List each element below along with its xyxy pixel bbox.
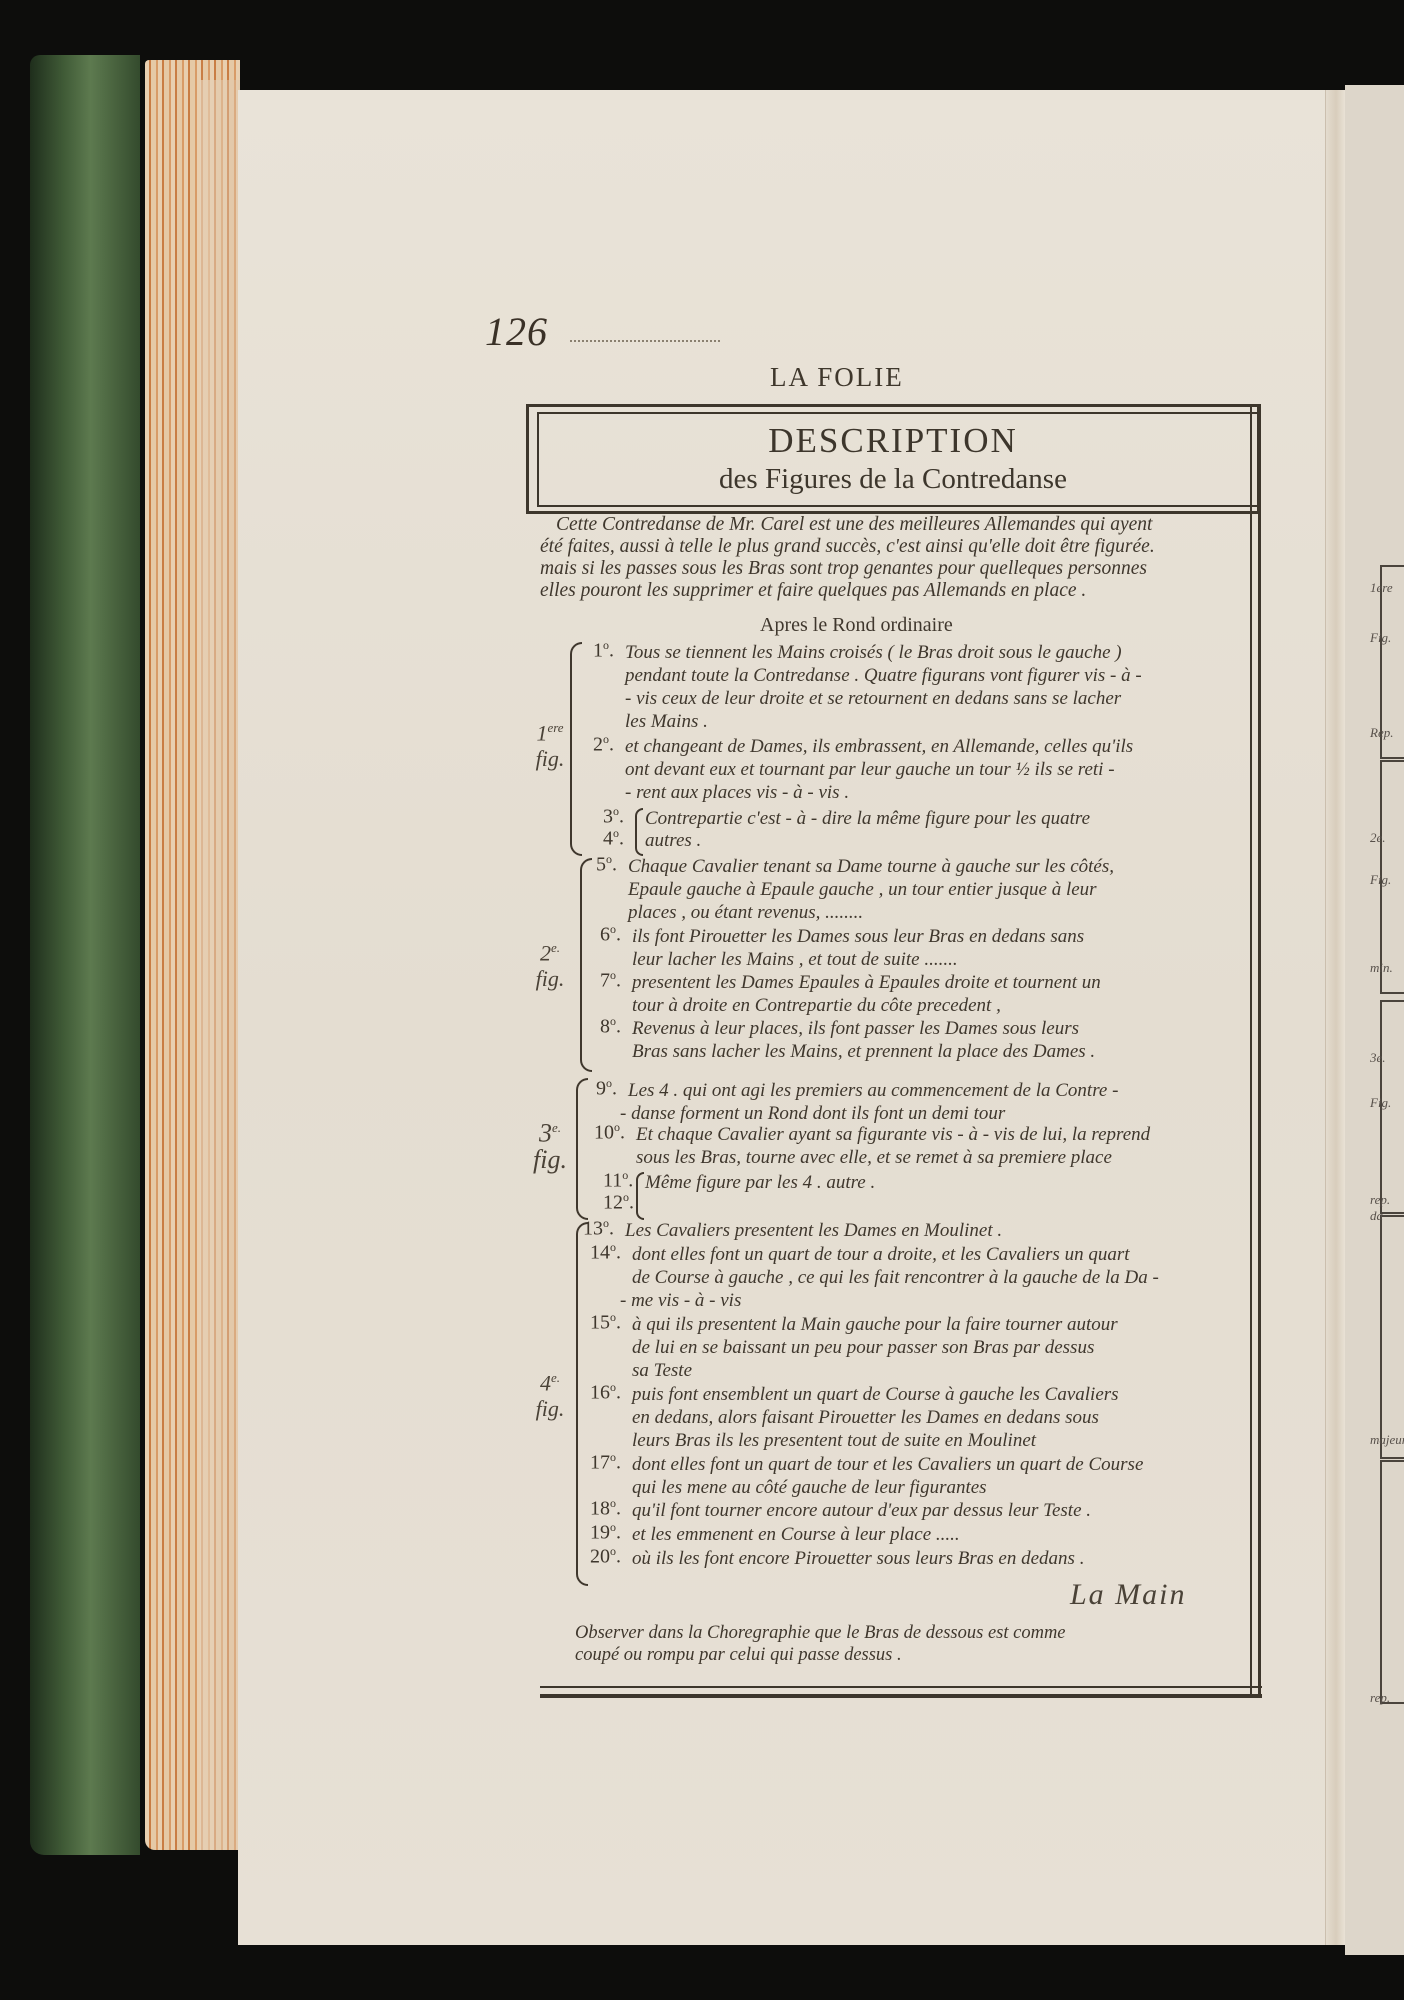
title-frame: DESCRIPTION des Figures de la Contredans… (526, 404, 1260, 514)
page-number: 126 (485, 308, 548, 355)
entry-number: 17o. (590, 1450, 621, 1475)
entry-line: - vis ceux de leur droite et se retourne… (625, 688, 1121, 710)
figure-number: 3 (539, 1119, 552, 1148)
entry-line: dont elles font un quart de tour et les … (632, 1454, 1143, 1476)
entry-number: 8o. (600, 1014, 621, 1039)
entry-line: ils font Pirouetter les Dames sous leur … (632, 926, 1084, 948)
figure-label-2: 2e. fig. (520, 935, 580, 992)
book-gutter (1325, 90, 1346, 1945)
entry-line: Même figure par les 4 . autre . (645, 1172, 875, 1194)
entry-line: sous les Bras, tourne avec elle, et se r… (636, 1147, 1112, 1169)
entry-number: 16o. (590, 1380, 621, 1405)
entry-number: 1o. (593, 638, 614, 663)
entry-number: 19o. (590, 1520, 621, 1545)
entry-line: Epaule gauche à Epaule gauche , un tour … (628, 879, 1097, 901)
entry-line: qui les mene au côté gauche de leur figu… (632, 1477, 987, 1499)
entry-line: presentent les Dames Epaules à Epaules d… (632, 972, 1101, 994)
note-line: Observer dans la Choregraphie que le Bra… (575, 1622, 1255, 1644)
entry-line: en dedans, alors faisant Pirouetter les … (632, 1407, 1099, 1429)
figure-sup: ere (547, 720, 563, 735)
entry-number: 7o. (600, 968, 621, 993)
entry-line: - danse forment un Rond dont ils font un… (620, 1103, 1005, 1125)
entry-line: tour à droite en Contrepartie du côte pr… (632, 995, 1001, 1017)
figure-number: 1 (536, 720, 547, 745)
figure-number: 2 (540, 940, 551, 965)
facing-page-fragment: majeur (1370, 1432, 1404, 1448)
brace-figure-2 (580, 858, 592, 1072)
figure-number: 4 (540, 1370, 551, 1395)
figure-suffix: fig. (536, 746, 565, 771)
running-head: LA FOLIE (770, 362, 1070, 393)
figure-sup: e. (551, 940, 560, 955)
entry-number: 4o. (603, 826, 624, 851)
facing-page-fragment: Fig. (1370, 872, 1391, 888)
entry-number: 15o. (590, 1310, 621, 1335)
entry-number: 12o. (603, 1190, 634, 1215)
entry-number: 14o. (590, 1240, 621, 1265)
entry-number: 10o. (594, 1120, 625, 1145)
intro-line: Cette Contredanse de Mr. Carel est une d… (540, 514, 1245, 536)
page-number-rule (570, 340, 720, 342)
entry-line: dont elles font un quart de tour a droit… (632, 1244, 1130, 1266)
figure-sup: e. (551, 1370, 560, 1385)
brace-items-11-12 (636, 1172, 644, 1220)
frame-bottom-rule (540, 1686, 1262, 1698)
entry-line: pendant toute la Contredanse . Quatre fi… (625, 665, 1142, 687)
figure-suffix: fig. (533, 1145, 567, 1174)
brace-figure-3 (576, 1078, 588, 1220)
entry-line: ont devant eux et tournant par leur gauc… (625, 759, 1115, 781)
book-cover-green (30, 55, 140, 1855)
entry-number: 2o. (593, 732, 614, 757)
entry-line: places , ou étant revenus, ........ (628, 902, 863, 924)
entry-line: les Mains . (625, 711, 708, 733)
entry-line: Et chaque Cavalier ayant sa figurante vi… (636, 1124, 1150, 1146)
entry-line: Chaque Cavalier tenant sa Dame tourne à … (628, 856, 1114, 878)
intro-paragraph: Cette Contredanse de Mr. Carel est une d… (540, 514, 1245, 602)
facing-page-fragment: 3e. (1370, 1050, 1386, 1066)
figure-suffix: fig. (536, 1396, 565, 1421)
entry-line: et les emmenent en Course à leur place .… (632, 1524, 960, 1546)
entry-line: - rent aux places vis - à - vis . (625, 782, 849, 804)
brace-figure-4 (576, 1222, 588, 1586)
entry-line: puis font ensemblent un quart de Course … (632, 1384, 1119, 1406)
apres-heading: Apres le Rond ordinaire (760, 614, 953, 637)
facing-page-fragment: min. (1370, 960, 1393, 976)
facing-page-fragment: 2e. (1370, 830, 1386, 846)
page-subtitle: des Figures de la Contredanse (529, 463, 1257, 496)
entry-line: et changeant de Dames, ils embrassent, e… (625, 736, 1133, 758)
intro-line: elles pouront les supprimer et faire que… (540, 580, 1245, 602)
signature: La Main (1070, 1578, 1187, 1612)
entry-line: leurs Bras ils les presentent tout de su… (632, 1430, 1036, 1452)
entry-number: 5o. (596, 852, 617, 877)
entry-number: 11o. (603, 1168, 633, 1193)
facing-page-fragment: Fig. (1370, 1095, 1391, 1111)
figure-suffix: fig. (536, 966, 565, 991)
entry-number: 3o. (603, 804, 624, 829)
facing-page-fragment: rep. da (1370, 1192, 1404, 1224)
facing-page-fragment: Fig. (1370, 630, 1391, 646)
facing-figure-box-4 (1380, 1215, 1404, 1459)
entry-number: 6o. (600, 922, 621, 947)
entry-number: 18o. (590, 1496, 621, 1521)
entry-line: Les Cavaliers presentent les Dames en Mo… (625, 1220, 1002, 1242)
facing-page-fragment: 1ere (1370, 580, 1393, 596)
frame-right-border (1250, 404, 1261, 1694)
entry-line: qu'il font tourner encore autour d'eux p… (632, 1500, 1091, 1522)
footnote: Observer dans la Choregraphie que le Bra… (575, 1622, 1255, 1666)
entry-number: 13o. (583, 1216, 614, 1241)
page-edges-overlay (200, 80, 240, 1850)
intro-line: été faites, aussi à telle le plus grand … (540, 536, 1245, 558)
entry-line: Revenus à leur places, ils font passer l… (632, 1018, 1079, 1040)
entry-line: Contrepartie c'est - à - dire la même fi… (645, 808, 1090, 830)
entry-line: autres . (645, 830, 701, 852)
entry-line: Tous se tiennent les Mains croisés ( le … (625, 642, 1122, 664)
note-line: coupé ou rompu par celui qui passe dessu… (575, 1644, 1255, 1666)
entry-line: leur lacher les Mains , et tout de suite… (632, 949, 958, 971)
page-title: DESCRIPTION (529, 421, 1257, 461)
entry-line: Les 4 . qui ont agi les premiers au comm… (628, 1080, 1118, 1102)
entry-line: de Course à gauche , ce qui les fait ren… (632, 1267, 1159, 1289)
entry-line: à qui ils presentent la Main gauche pour… (632, 1314, 1118, 1336)
figure-sup: e. (552, 1120, 561, 1135)
figure-label-4: 4e. fig. (520, 1365, 580, 1422)
brace-figure-1 (570, 642, 582, 856)
entry-line: sa Teste (632, 1360, 692, 1382)
entry-number: 9o. (596, 1076, 617, 1101)
facing-page-fragment: Rep. (1370, 725, 1393, 741)
brace-items-3-4 (635, 808, 643, 856)
entry-line: de lui en se baissant un peu pour passer… (632, 1337, 1094, 1359)
figure-label-3: 3e. fig. (520, 1115, 580, 1173)
facing-figure-box-5 (1380, 1460, 1404, 1704)
entry-line: où ils les font encore Pirouetter sous l… (632, 1548, 1084, 1570)
facing-page-fragment: rep. (1370, 1690, 1390, 1706)
entry-line: - me vis - à - vis (620, 1290, 741, 1312)
entry-number: 20o. (590, 1544, 621, 1569)
entry-line: Bras sans lacher les Mains, et prennent … (632, 1041, 1095, 1063)
intro-line: mais si les passes sous les Bras sont tr… (540, 558, 1245, 580)
